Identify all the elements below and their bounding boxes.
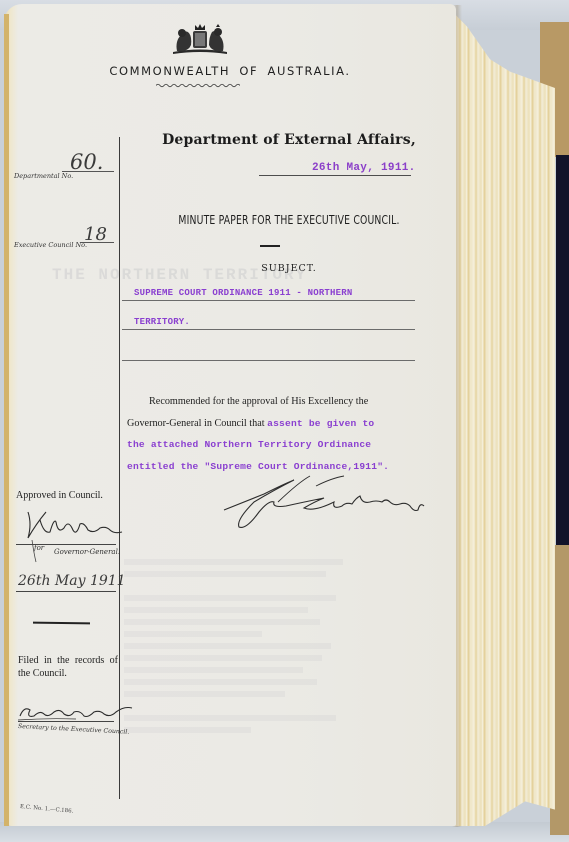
departmental-no-label: Departmental No. <box>14 172 73 180</box>
approval-date: 26th May 1911 <box>18 573 126 589</box>
recommendation-paragraph: Recommended for the approval of His Exce… <box>127 391 427 477</box>
subject-rule-2 <box>122 329 415 330</box>
department-heading: Department of External Affairs, <box>124 132 454 148</box>
subject-line-2: TERRITORY. <box>134 317 190 327</box>
coat-of-arms-icon <box>169 23 231 55</box>
form-code: E.C. No. 1.—C.186. <box>20 804 74 815</box>
secretary-signature-line <box>18 721 114 722</box>
subject-heading: SUBJECT. <box>124 263 454 274</box>
recommendation-typed-2: the attached Northern Territory Ordinanc… <box>127 434 427 456</box>
recommendation-printed-2: Governor-General in Council that <box>127 418 265 429</box>
document-date: 26th May, 1911. <box>312 162 416 174</box>
approved-in-council-label: Approved in Council. <box>16 490 103 501</box>
date-line <box>259 175 411 176</box>
subject-line-1: SUPREME COURT ORDINANCE 1911 - NORTHERN <box>134 288 352 298</box>
scanned-document-scene: THE NORTHERN TERRITORY COMMONWEALTH OF A… <box>0 0 569 842</box>
subject-rule-3 <box>122 360 415 361</box>
minute-paper-page: THE NORTHERN TERRITORY COMMONWEALTH OF A… <box>4 4 456 826</box>
secretary-label: Secretary to the Executive Council. <box>18 723 130 736</box>
governor-general-signature-line <box>16 544 116 545</box>
wavy-divider <box>156 83 240 88</box>
minister-signature <box>214 472 454 542</box>
executive-council-no-value: 18 <box>84 224 107 245</box>
authority-heading: COMMONWEALTH OF AUSTRALIA. <box>4 64 456 78</box>
document-title: MINUTE PAPER FOR THE EXECUTIVE COUNCIL. <box>147 213 431 227</box>
recommendation-typed-1: assent be given to <box>267 418 374 429</box>
approval-date-line <box>16 591 116 592</box>
recommendation-line-1: Recommended for the approval of His Exce… <box>127 391 427 413</box>
page-stack-edges <box>455 6 555 826</box>
subject-rule-1 <box>122 300 415 301</box>
binding-gutter <box>4 14 9 826</box>
title-divider <box>260 245 280 247</box>
governor-general-label: Governor-General. <box>54 548 120 556</box>
executive-council-no-label: Executive Council No. <box>14 241 87 249</box>
section-divider <box>33 622 90 625</box>
binder-board-dark <box>556 155 569 545</box>
bleed-through-text <box>124 559 354 739</box>
filed-in-records-label: Filed in the records of the Council. <box>18 654 118 680</box>
recommendation-line-2: Governor-General in Council that assent … <box>127 413 427 435</box>
for-mark: for <box>33 544 45 552</box>
departmental-no-value: 60. <box>70 150 103 174</box>
